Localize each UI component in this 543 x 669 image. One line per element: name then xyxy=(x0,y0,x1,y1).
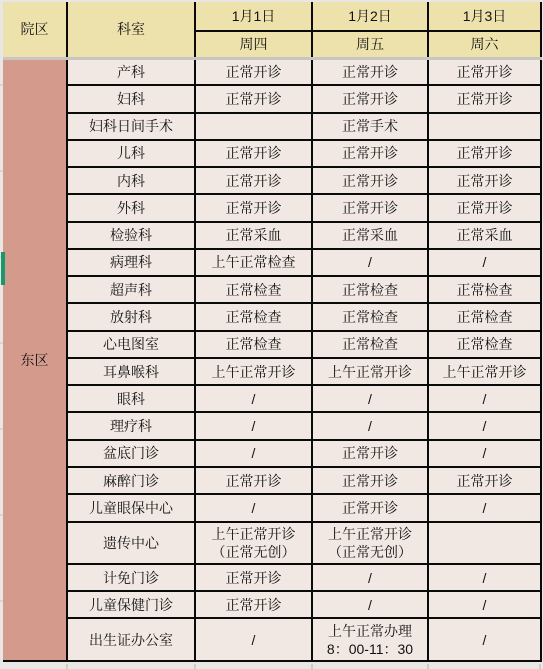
status-cell: 正常检查 xyxy=(195,303,312,330)
campus-cell: 东区 xyxy=(3,58,67,661)
department-cell: 内科 xyxy=(67,167,195,194)
table-row: 计免门诊正常开诊// xyxy=(3,564,541,591)
department-cell: 检验科 xyxy=(67,222,195,249)
status-cell: / xyxy=(195,385,312,412)
status-cell xyxy=(428,113,541,140)
table-row: 儿童眼保中心/正常开诊/ xyxy=(3,494,541,521)
date-header: 1月2日 xyxy=(312,2,428,31)
table-row: 儿科正常开诊正常开诊正常开诊 xyxy=(3,140,541,167)
status-cell: 正常手术 xyxy=(312,113,428,140)
status-cell: / xyxy=(428,591,541,618)
table-row: 出生证办公室/上午正常办理 8：00-11：30/ xyxy=(3,618,541,661)
status-cell: 正常开诊 xyxy=(195,167,312,194)
status-cell: / xyxy=(195,494,312,521)
status-cell: / xyxy=(428,564,541,591)
department-cell: 麻醉门诊 xyxy=(67,467,195,494)
row-selection-indicator xyxy=(1,252,5,285)
campus-column-header: 院区 xyxy=(3,2,67,58)
status-cell: 正常检查 xyxy=(195,331,312,358)
status-cell: 正常开诊 xyxy=(428,167,541,194)
status-cell: 正常开诊 xyxy=(195,591,312,618)
header-row-dates: 院区 科室 1月1日 1月2日 1月3日 xyxy=(3,2,541,31)
status-cell: 正常开诊 xyxy=(312,467,428,494)
status-cell: 上午正常开诊 （正常无创） xyxy=(312,522,428,564)
status-cell: 正常开诊 xyxy=(195,58,312,85)
status-cell: 正常开诊 xyxy=(195,467,312,494)
table-row: 耳鼻喉科上午正常开诊上午正常开诊上午正常开诊 xyxy=(3,358,541,385)
department-cell: 盆底门诊 xyxy=(67,440,195,467)
status-cell: / xyxy=(195,412,312,439)
status-cell xyxy=(428,522,541,564)
status-cell: 正常开诊 xyxy=(312,194,428,221)
status-cell: 上午正常开诊 xyxy=(428,358,541,385)
status-cell: 正常开诊 xyxy=(195,140,312,167)
status-cell: 正常开诊 xyxy=(312,85,428,112)
table-row: 心电图室正常检查正常检查正常检查 xyxy=(3,331,541,358)
table-row: 眼科/// xyxy=(3,385,541,412)
status-cell: / xyxy=(428,412,541,439)
department-cell: 产科 xyxy=(67,58,195,85)
status-cell: / xyxy=(195,618,312,661)
table-row: 外科正常开诊正常开诊正常开诊 xyxy=(3,194,541,221)
table-row: 理疗科/// xyxy=(3,412,541,439)
table-row: 妇科正常开诊正常开诊正常开诊 xyxy=(3,85,541,112)
table-header: 院区 科室 1月1日 1月2日 1月3日 周四 周五 周六 xyxy=(3,2,541,58)
department-cell: 理疗科 xyxy=(67,412,195,439)
department-cell: 儿童眼保中心 xyxy=(67,494,195,521)
status-cell: 上午正常检查 xyxy=(195,249,312,276)
department-cell: 超声科 xyxy=(67,276,195,303)
status-cell: 上午正常办理 8：00-11：30 xyxy=(312,618,428,661)
status-cell: / xyxy=(312,385,428,412)
status-cell: 正常检查 xyxy=(312,303,428,330)
department-cell: 遗传中心 xyxy=(67,522,195,564)
department-cell: 放射科 xyxy=(67,303,195,330)
status-cell: / xyxy=(428,494,541,521)
department-cell: 儿科 xyxy=(67,140,195,167)
status-cell: / xyxy=(312,564,428,591)
status-cell: 正常检查 xyxy=(428,303,541,330)
table-row: 超声科正常检查正常检查正常检查 xyxy=(3,276,541,303)
department-cell: 妇科 xyxy=(67,85,195,112)
schedule-body: 东区产科正常开诊正常开诊正常开诊妇科正常开诊正常开诊正常开诊妇科日间手术正常手术… xyxy=(3,58,541,661)
department-cell: 病理科 xyxy=(67,249,195,276)
status-cell: 正常开诊 xyxy=(195,564,312,591)
status-cell: / xyxy=(428,618,541,661)
status-cell: 正常开诊 xyxy=(312,140,428,167)
status-cell: / xyxy=(195,440,312,467)
department-cell: 计免门诊 xyxy=(67,564,195,591)
status-cell: 正常开诊 xyxy=(312,440,428,467)
department-cell: 眼科 xyxy=(67,385,195,412)
status-cell: 正常开诊 xyxy=(195,85,312,112)
department-cell: 耳鼻喉科 xyxy=(67,358,195,385)
status-cell: / xyxy=(312,412,428,439)
status-cell: 正常开诊 xyxy=(428,140,541,167)
date-header: 1月1日 xyxy=(195,2,312,31)
table-row: 盆底门诊/正常开诊/ xyxy=(3,440,541,467)
status-cell: 正常采血 xyxy=(195,222,312,249)
status-cell: 正常开诊 xyxy=(428,194,541,221)
date-header: 1月3日 xyxy=(428,2,541,31)
status-cell: 上午正常开诊 xyxy=(195,358,312,385)
department-column-header: 科室 xyxy=(67,2,195,58)
status-cell: / xyxy=(428,249,541,276)
department-cell: 外科 xyxy=(67,194,195,221)
table-row: 妇科日间手术正常手术 xyxy=(3,113,541,140)
weekday-header: 周六 xyxy=(428,31,541,58)
department-cell: 儿童保健门诊 xyxy=(67,591,195,618)
schedule-page: { "table": { "campus_header": "院区", "dep… xyxy=(0,0,543,669)
status-cell: 正常检查 xyxy=(312,276,428,303)
status-cell: 正常开诊 xyxy=(195,194,312,221)
department-cell: 妇科日间手术 xyxy=(67,113,195,140)
status-cell: / xyxy=(312,249,428,276)
status-cell: / xyxy=(312,591,428,618)
status-cell: 正常检查 xyxy=(428,331,541,358)
status-cell: 上午正常开诊 xyxy=(312,358,428,385)
weekday-header: 周四 xyxy=(195,31,312,58)
department-cell: 心电图室 xyxy=(67,331,195,358)
table-row: 麻醉门诊正常开诊正常开诊正常开诊 xyxy=(3,467,541,494)
status-cell: / xyxy=(428,385,541,412)
status-cell: / xyxy=(428,440,541,467)
table-row: 病理科上午正常检查// xyxy=(3,249,541,276)
status-cell: 正常开诊 xyxy=(428,85,541,112)
status-cell: 正常采血 xyxy=(312,222,428,249)
department-cell: 出生证办公室 xyxy=(67,618,195,661)
status-cell: 正常检查 xyxy=(312,331,428,358)
status-cell: 上午正常开诊 （正常无创） xyxy=(195,522,312,564)
status-cell xyxy=(195,113,312,140)
schedule-table: 院区 科室 1月1日 1月2日 1月3日 周四 周五 周六 东区产科正常开诊正常… xyxy=(3,2,542,662)
status-cell: 正常采血 xyxy=(428,222,541,249)
status-cell: 正常开诊 xyxy=(312,167,428,194)
status-cell: 正常检查 xyxy=(195,276,312,303)
status-cell: 正常开诊 xyxy=(312,494,428,521)
table-row: 检验科正常采血正常采血正常采血 xyxy=(3,222,541,249)
status-cell: 正常开诊 xyxy=(312,58,428,85)
status-cell: 正常开诊 xyxy=(428,467,541,494)
table-row: 内科正常开诊正常开诊正常开诊 xyxy=(3,167,541,194)
table-row: 放射科正常检查正常检查正常检查 xyxy=(3,303,541,330)
table-row: 儿童保健门诊正常开诊// xyxy=(3,591,541,618)
weekday-header: 周五 xyxy=(312,31,428,58)
table-row: 遗传中心上午正常开诊 （正常无创）上午正常开诊 （正常无创） xyxy=(3,522,541,564)
table-row: 东区产科正常开诊正常开诊正常开诊 xyxy=(3,58,541,85)
status-cell: 正常开诊 xyxy=(428,58,541,85)
bottom-gridline-ticks xyxy=(0,663,543,669)
status-cell: 正常检查 xyxy=(428,276,541,303)
